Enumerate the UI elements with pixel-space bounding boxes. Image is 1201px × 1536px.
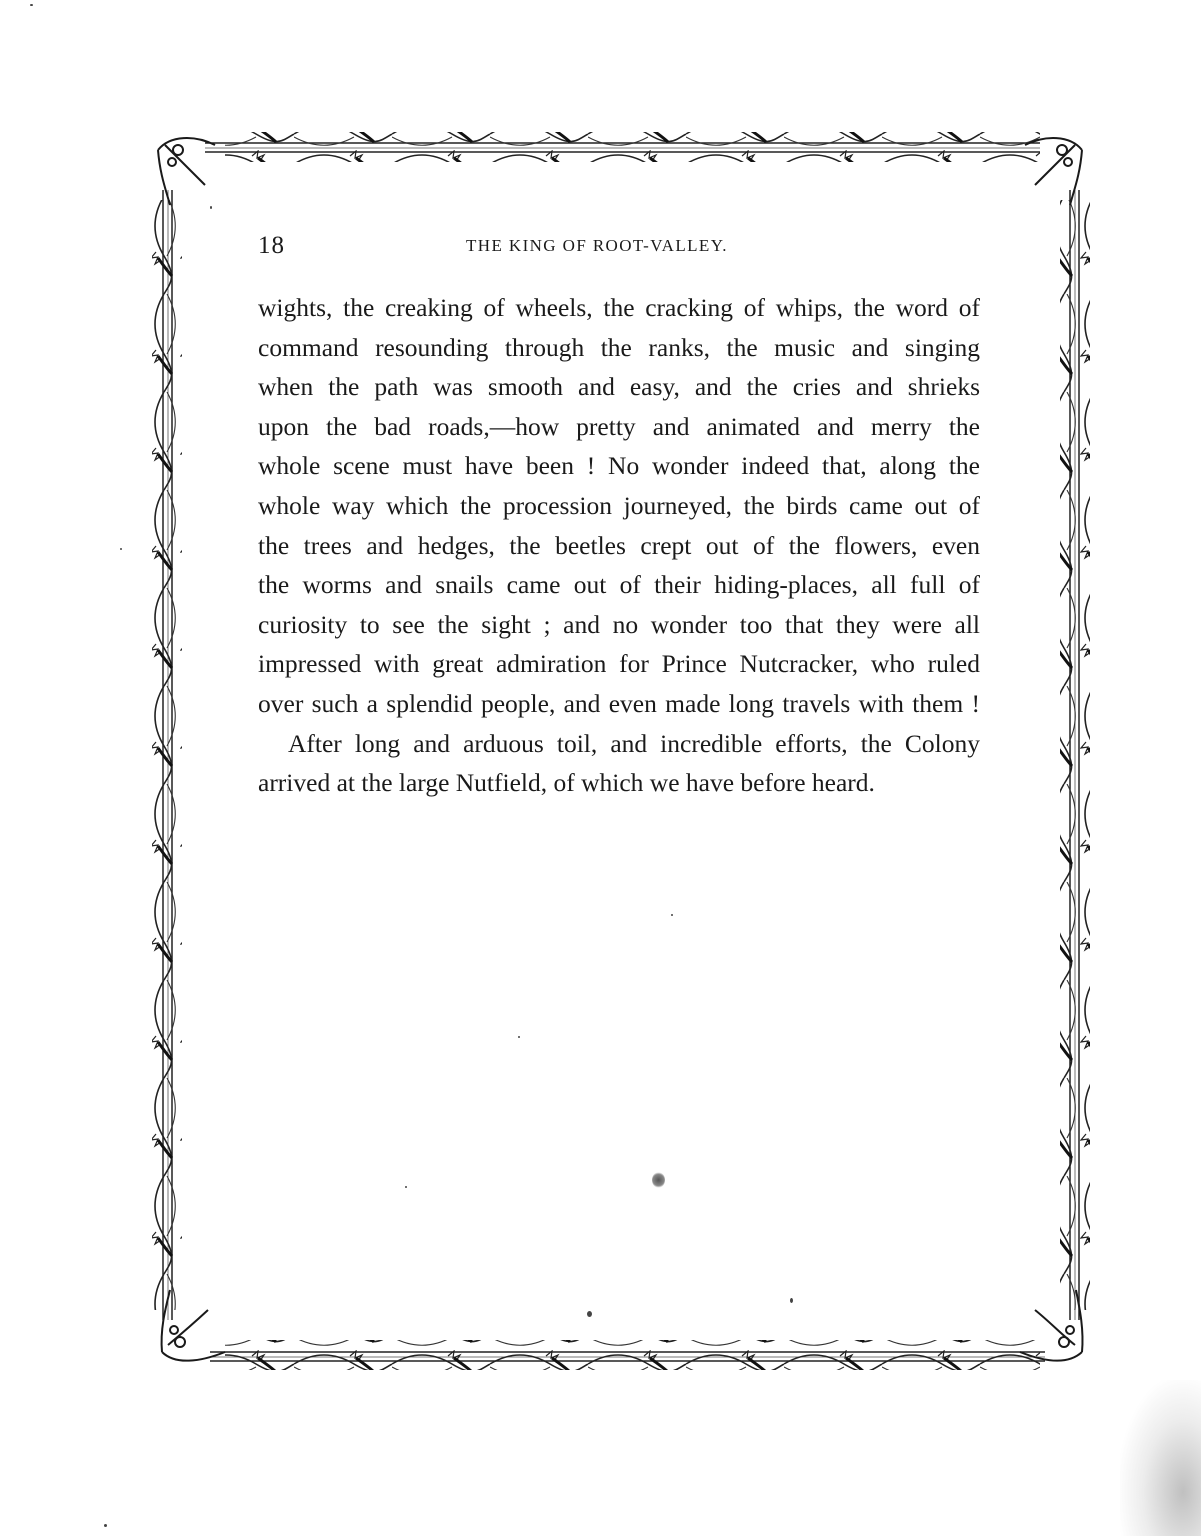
speck [405,1186,407,1188]
text-line: command resounding through the ranks, th… [258,328,980,368]
speck [518,1036,520,1038]
body-text: wights, the creaking of wheels, the crac… [258,288,980,803]
text-line: the trees and hedges, the beetles crept … [258,526,980,566]
speck [210,206,212,209]
page-number: 18 [258,232,285,260]
text-line: upon the bad roads,—how pretty and anima… [258,407,980,447]
text-line: over such a splendid people, and even ma… [258,684,980,724]
text-line: After long and arduous toil, and incredi… [258,724,980,764]
text-line: the worms and snails came out of their h… [258,565,980,605]
scan-stain [1120,1380,1201,1536]
running-title: THE KING OF ROOT-VALLEY. [466,236,728,256]
speck [120,548,122,550]
speck [587,1311,592,1317]
text-line: wights, the creaking of wheels, the crac… [258,288,980,328]
text-line: curiosity to see the sight ; and no wond… [258,605,980,645]
text-line: impressed with great admiration for Prin… [258,644,980,684]
text-line: arrived at the large Nutfield, of which … [258,763,980,803]
speck [790,1298,793,1303]
text-line: whole way which the procession journeyed… [258,486,980,526]
text-line: whole scene must have been ! No wonder i… [258,446,980,486]
text-line: when the path was smooth and easy, and t… [258,367,980,407]
speck [104,1524,107,1527]
speck [671,914,673,916]
ink-blot [652,1172,665,1188]
running-head: 18 THE KING OF ROOT-VALLEY. [258,232,980,262]
book-page: 18 THE KING OF ROOT-VALLEY. wights, the … [0,0,1201,1536]
speck [30,4,33,6]
